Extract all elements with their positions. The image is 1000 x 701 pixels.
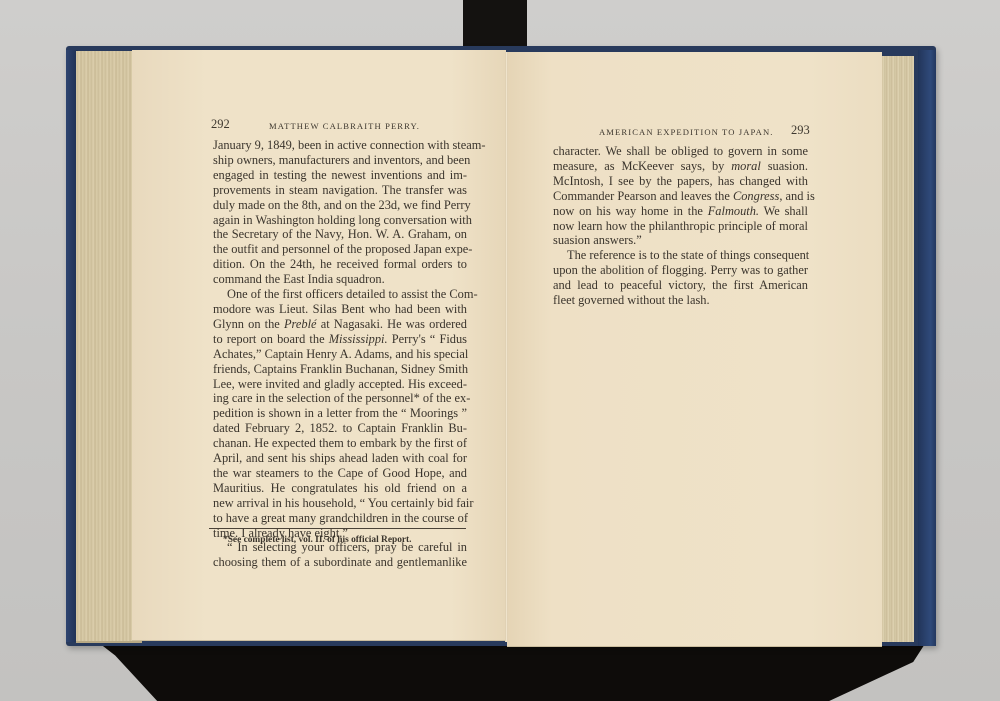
right-page-body: character. We shall be obliged to govern…	[553, 144, 808, 308]
text-line: to report on board the Mississippi. Perr…	[213, 332, 467, 347]
text-line: One of the first officers detailed to as…	[213, 287, 467, 302]
text-line: new arrival in his household, “ You cert…	[213, 496, 467, 511]
italic-title: moral	[731, 159, 761, 173]
text-line: suasion answers.”	[553, 233, 808, 248]
right-page	[507, 52, 882, 647]
italic-title: Preblé	[284, 317, 317, 331]
book-gutter	[505, 52, 508, 642]
text-line: choosing them of a subordinate and gentl…	[213, 555, 467, 570]
text-line: January 9, 1849, been in active connecti…	[213, 138, 467, 153]
italic-title: Falmouth.	[708, 204, 759, 218]
text-line: dition. On the 24th, he received formal …	[213, 257, 467, 272]
left-page-number: 292	[211, 117, 230, 132]
text-line: chanan. He expected them to embark by th…	[213, 436, 467, 451]
text-line: ing care in the selection of the personn…	[213, 391, 467, 406]
text-line: fleet governed without the lash.	[553, 293, 808, 308]
italic-title: Mississippi.	[329, 332, 388, 346]
text-line: engaged in testing the newest inventions…	[213, 168, 467, 183]
text-line: The reference is to the state of things …	[553, 248, 808, 263]
page-edges-right	[880, 56, 914, 642]
italic-title: Congress	[733, 189, 779, 203]
text-line: to have a great many grandchildren in th…	[213, 511, 467, 526]
text-line: again in Washington holding long convers…	[213, 213, 467, 228]
text-line: April, and sent his ships ahead laden wi…	[213, 451, 467, 466]
text-line: and lead to peaceful victory, the first …	[553, 278, 808, 293]
left-page-body: January 9, 1849, been in active connecti…	[213, 138, 467, 570]
text-line: dated February 2, 1852. to Captain Frank…	[213, 421, 467, 436]
text-line: ship owners, manufacturers and inventors…	[213, 153, 467, 168]
book-stand	[463, 0, 527, 50]
right-running-head: AMERICAN EXPEDITION TO JAPAN.	[599, 127, 774, 137]
text-line: command the East India squadron.	[213, 272, 467, 287]
text-line: modore was Lieut. Silas Bent who had bee…	[213, 302, 467, 317]
right-page-number: 293	[791, 123, 810, 138]
text-line: the Secretary of the Navy, Hon. W. A. Gr…	[213, 227, 467, 242]
text-line: Lee, were invited and gladly accepted. H…	[213, 377, 467, 392]
text-line: duly made on the 8th, and on the 23d, we…	[213, 198, 467, 213]
text-line: Mauritius. He congratulates his old frie…	[213, 481, 467, 496]
text-line: pedition is shown in a letter from the “…	[213, 406, 467, 421]
cover-right-edge	[918, 50, 936, 646]
text-line: the outfit and personnel of the proposed…	[213, 242, 467, 257]
text-line: Achates,” Captain Henry A. Adams, and hi…	[213, 347, 467, 362]
footnote: *See complete list, vol. II. of his offi…	[223, 535, 412, 545]
text-line: character. We shall be obliged to govern…	[553, 144, 808, 159]
footnote-rule	[209, 528, 466, 529]
text-line: upon the abolition of flogging. Perry wa…	[553, 263, 808, 278]
text-line: measure, as McKeever says, by moral suas…	[553, 159, 808, 174]
text-line: now on his way home in the Falmouth. We …	[553, 204, 808, 219]
text-line: now learn how the philanthropic principl…	[553, 219, 808, 234]
text-line: provements in steam navigation. The tran…	[213, 183, 467, 198]
text-line: McIntosh, I see by the papers, has chang…	[553, 174, 808, 189]
text-line: friends, Captains Franklin Buchanan, Sid…	[213, 362, 467, 377]
text-line: the war steamers to the Cape of Good Hop…	[213, 466, 467, 481]
text-line: Commander Pearson and leaves the Congres…	[553, 189, 808, 204]
left-running-head: MATTHEW CALBRAITH PERRY.	[269, 121, 420, 131]
text-line: Glynn on the Preblé at Nagasaki. He was …	[213, 317, 467, 332]
